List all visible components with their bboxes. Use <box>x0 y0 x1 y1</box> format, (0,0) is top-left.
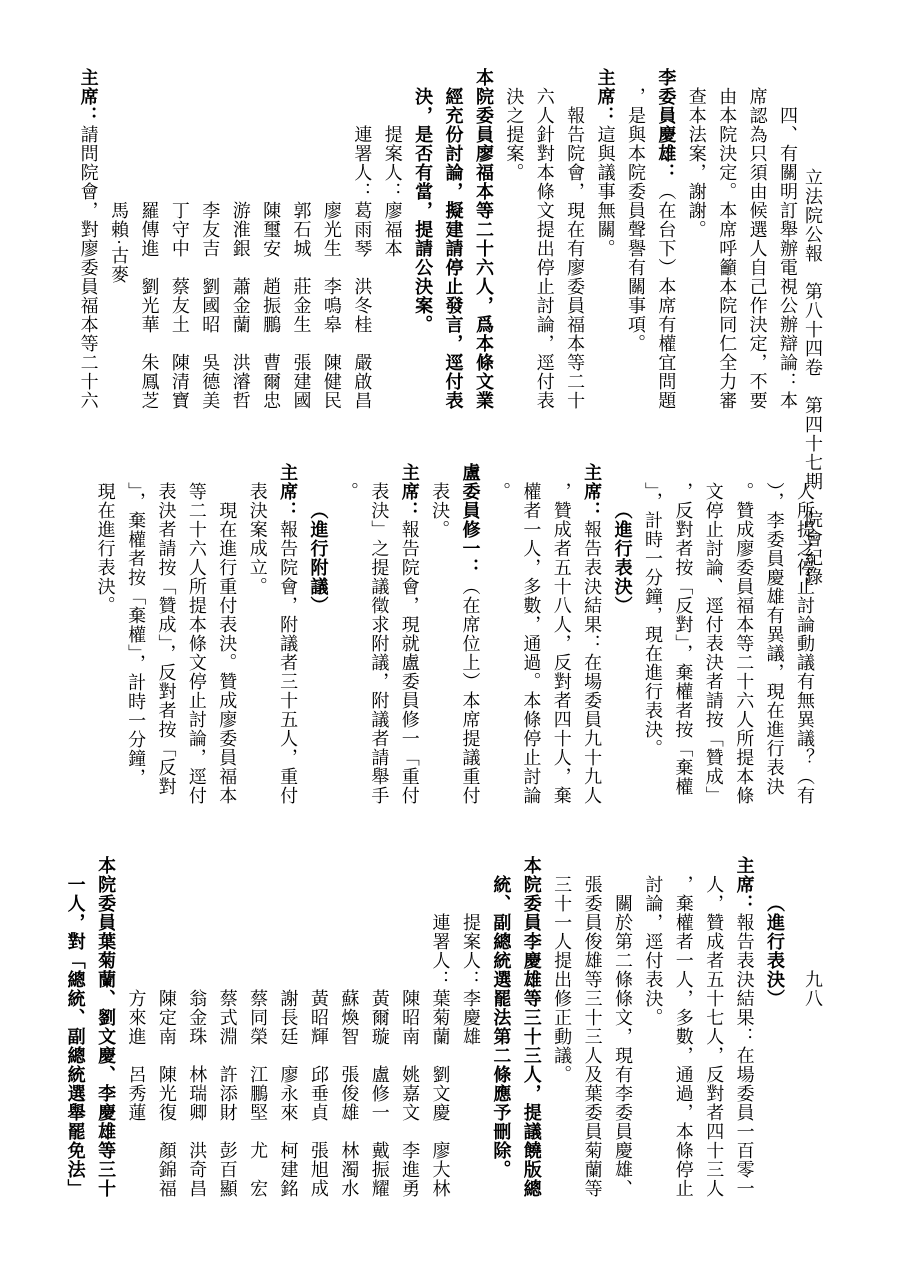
emphasis-text: 決，是否有當，提請公決案。 <box>413 87 433 334</box>
text-run: 謝長廷 廖永來 柯建銘 <box>279 989 299 1198</box>
text-column: 由本院決定。本席呼籲本院同仁全力審 <box>712 68 742 416</box>
text-run: 陳璽安 趙振鵬 曹爾忠 <box>261 201 281 410</box>
text-column: 郭石城 莊金生 張建國 <box>286 68 316 416</box>
text-column: ），李委員慶雄有異議，現在進行表決 <box>759 463 789 811</box>
text-run: 六人針對本條文提出停止討論，逕付表 <box>535 87 555 410</box>
text-column: 陳昭南 姚嘉文 李進勇 <box>395 856 425 1204</box>
text-run: 。 <box>339 482 359 501</box>
tier-top: 四、有關明訂舉辦電視公辦辯論：本席認為只須由候選人自己作決定，不要由本院決定。本… <box>73 68 803 416</box>
text-run: 」，棄權者按「棄權」，計時一分鐘， <box>126 482 146 787</box>
text-column: 主席：報告表決結果：在場委員一百零一 <box>729 856 759 1204</box>
text-column: 主席：請問院會，對廖委員福本等二十六 <box>73 68 103 416</box>
text-run: 提案人：廖福本 <box>383 125 403 258</box>
text-run: 報告院會，現就盧委員修一「重付 <box>400 520 420 805</box>
text-column: 表決。 <box>425 463 455 811</box>
text-run: 人，贊成者五十七人，反對者四十三人 <box>704 875 724 1198</box>
text-run: 丁守中 蔡友土 陳清寶 <box>170 201 190 410</box>
text-run: 人所提之停止討論動議有無異議？（有 <box>795 482 815 805</box>
emphasis-text: 本院委員李慶雄等三十三人，提議饒版總 <box>522 856 542 1198</box>
text-column: 陳定南 陳光復 顏錦福 <box>151 856 181 1204</box>
text-column: （進行附議） <box>303 463 333 811</box>
text-column: 。 <box>334 463 364 811</box>
text-column: 現在進行表決。 <box>90 463 120 811</box>
text-run: 陳昭南 姚嘉文 李進勇 <box>400 989 420 1198</box>
emphasis-text: 主席： <box>596 68 616 125</box>
emphasis-text: 主席： <box>79 68 99 125</box>
text-run: 游淮銀 蕭金蘭 洪濬哲 <box>231 201 251 410</box>
text-column: 主席：報告院會，現就盧委員修一「重付 <box>394 463 424 811</box>
text-column: 經充份討論，擬建請停止發言，逕付表 <box>438 68 468 416</box>
text-run: 連署人：葛雨琴 洪冬桂 嚴啟昌 <box>352 125 372 410</box>
text-column: 盧委員修一：（在席位上）本席提議重付 <box>455 463 485 811</box>
text-column: 」，棄權者按「棄權」，計時一分鐘， <box>121 463 151 811</box>
text-run: ，贊成者五十八人，反對者四十人，棄 <box>552 482 572 805</box>
text-run: 提案人：李慶雄 <box>461 913 481 1046</box>
text-run: 李友吉 劉國昭 吳德美 <box>200 201 220 410</box>
emphasis-text: 一人，對「總統、副總統選舉罷免法」 <box>66 875 86 1198</box>
text-run: 報告院會，附議者三十五人，重付 <box>278 520 298 805</box>
text-column: ，棄權者一人，多數，通過，本條停止 <box>668 856 698 1204</box>
text-column: 李友吉 劉國昭 吳德美 <box>195 68 225 416</box>
text-column: 張委員俊雄等三十三人及葉委員菊蘭等 <box>577 856 607 1204</box>
text-run: 決之提案。 <box>504 87 524 182</box>
emphasis-text: 主席： <box>400 463 420 520</box>
emphasis-text: 主席： <box>582 463 602 520</box>
text-run: 」，計時一分鐘，現在進行表決。 <box>643 482 663 758</box>
text-run: 等二十六人所提本條文停止討論，逕付 <box>187 482 207 805</box>
emphasis-text: 統、副總統選罷法第二條應予刪除。 <box>491 875 511 1179</box>
text-run: 報告表決結果：在場委員九十九人 <box>582 520 602 805</box>
text-column: 六人針對本條文提出停止討論，逕付表 <box>529 68 559 416</box>
text-column: 謝長廷 廖永來 柯建銘 <box>273 856 303 1204</box>
text-run: 查本法案，謝謝。 <box>687 87 707 239</box>
text-run: 權者一人，多數，通過。本條停止討論 <box>521 482 541 805</box>
emphasis-text: 主席： <box>735 856 755 913</box>
text-column: （進行表決） <box>760 856 790 1204</box>
text-run: 張委員俊雄等三十三人及葉委員菊蘭等 <box>583 875 603 1198</box>
text-run: ），李委員慶雄有異議，現在進行表決 <box>765 482 785 796</box>
text-column: 馬賴·古麥 <box>104 68 134 416</box>
text-column: 權者一人，多數，通過。本條停止討論 <box>516 463 546 811</box>
text-column: 廖光生 李鳴皋 陳健民 <box>317 68 347 416</box>
emphasis-text: 李委員慶雄： <box>656 68 676 182</box>
text-column: 本院委員廖福本等二十六人，爲本條文業 <box>469 68 499 416</box>
text-column: 報告院會，現在有廖委員福本等二十 <box>560 68 590 416</box>
text-column: 連署人：葛雨琴 洪冬桂 嚴啟昌 <box>347 68 377 416</box>
text-run: 蘇煥智 張俊雄 林濁水 <box>339 989 359 1198</box>
text-column: 翁金珠 林瑞卿 洪奇昌 <box>182 856 212 1204</box>
text-run: 三十一人提出修正動議。 <box>552 875 572 1084</box>
text-column: 表決」之提議徵求附議，附議者請舉手 <box>364 463 394 811</box>
page-number: 九八 <box>798 970 828 1030</box>
text-column: 連署人：葉菊蘭 劉文慶 廖大林 <box>425 856 455 1204</box>
emphasis-text: （進行附議） <box>309 501 329 615</box>
text-column: 游淮銀 蕭金蘭 洪濬哲 <box>225 68 255 416</box>
text-run: 報告表決結果：在場委員一百零一 <box>735 913 755 1198</box>
text-column: 羅傳進 劉光華 朱鳳芝 <box>134 68 164 416</box>
text-column: 決，是否有當，提請公決案。 <box>408 68 438 416</box>
text-column: ，贊成者五十八人，反對者四十人，棄 <box>546 463 576 811</box>
text-column: 決之提案。 <box>499 68 529 416</box>
text-run: （在台下）本席有權宜問題 <box>656 182 676 410</box>
text-column: 黃爾璇 盧修一 戴振耀 <box>364 856 394 1204</box>
text-column: 三十一人提出修正動議。 <box>547 856 577 1204</box>
text-run: 方來進 呂秀蓮 <box>126 989 146 1122</box>
text-column: 。贊成廖委員福本等二十六人所提本條 <box>729 463 759 811</box>
text-run: 蔡式淵 許添財 彭百顯 <box>218 989 238 1198</box>
text-column: 關於第二條條文，現有李委員慶雄、 <box>608 856 638 1204</box>
text-column: 陳璽安 趙振鵬 曹爾忠 <box>256 68 286 416</box>
text-column: 提案人：李慶雄 <box>456 856 486 1204</box>
gazette-page: 立法院公報 第八十四卷 第四十七期 院會紀錄 九八 四、有關明訂舉辦電視公辦辯論… <box>0 0 908 1280</box>
text-run: 表決者請按「贊成」，反對者按「反對 <box>156 482 176 796</box>
text-column: 四、有關明訂舉辦電視公辦辯論：本 <box>773 68 803 416</box>
text-column: 李委員慶雄：（在台下）本席有權宜問題 <box>651 68 681 416</box>
text-run: 。贊成廖委員福本等二十六人所提本條 <box>734 482 754 805</box>
text-run: 黃爾璇 盧修一 戴振耀 <box>370 989 390 1198</box>
text-column: 提案人：廖福本 <box>377 68 407 416</box>
text-column: 本院委員葉菊蘭、劉文慶、李慶雄等三十 <box>91 856 121 1204</box>
text-run: ，反對者按「反對」，棄權者按「棄權 <box>673 482 693 796</box>
text-column: 主席：報告院會，附議者三十五人，重付 <box>273 463 303 811</box>
text-column: 文停止討論、逕付表決者請按「贊成」 <box>698 463 728 811</box>
text-run: 馬賴·古麥 <box>109 201 129 284</box>
emphasis-text: 盧委員修一： <box>461 463 481 577</box>
text-column: 統、副總統選罷法第二條應予刪除。 <box>486 856 516 1204</box>
text-run: （在席位上）本席提議重付 <box>461 577 481 805</box>
text-column: 討論，逕付表決。 <box>638 856 668 1204</box>
text-column: 。 <box>486 463 516 811</box>
text-run: 由本院決定。本席呼籲本院同仁全力審 <box>717 87 737 410</box>
text-column: 現在進行重付表決。贊成廖委員福本 <box>212 463 242 811</box>
emphasis-text: （進行表決） <box>765 894 785 1008</box>
text-column: 查本法案，謝謝。 <box>681 68 711 416</box>
text-run: 蔡同榮 江鵬堅 尤 宏 <box>248 989 268 1198</box>
text-column: 表決者請按「贊成」，反對者按「反對 <box>151 463 181 811</box>
text-column: 人，贊成者五十七人，反對者四十三人 <box>699 856 729 1204</box>
text-run: 表決案成立。 <box>248 482 268 596</box>
emphasis-text: 本院委員廖福本等二十六人，爲本條文業 <box>474 68 494 410</box>
text-column: 蘇煥智 張俊雄 林濁水 <box>334 856 364 1204</box>
text-run: 請問院會，對廖委員福本等二十六 <box>79 125 99 410</box>
text-run: 廖光生 李鳴皋 陳健民 <box>322 201 342 410</box>
text-column: 」，計時一分鐘，現在進行表決。 <box>638 463 668 811</box>
text-run: 文停止討論、逕付表決者請按「贊成」 <box>704 482 724 805</box>
text-run: 席認為只須由候選人自己作決定，不要 <box>748 87 768 410</box>
text-run: 黃昭輝 邱垂貞 張旭成 <box>309 989 329 1198</box>
emphasis-text: 經充份討論，擬建請停止發言，逕付表 <box>444 87 464 410</box>
text-run: 連署人：葉菊蘭 劉文慶 廖大林 <box>431 913 451 1198</box>
text-run: 討論，逕付表決。 <box>643 875 663 1027</box>
text-column: 黃昭輝 邱垂貞 張旭成 <box>304 856 334 1204</box>
text-column: ，反對者按「反對」，棄權者按「棄權 <box>668 463 698 811</box>
tier-bottom: （進行表決）主席：報告表決結果：在場委員一百零一人，贊成者五十七人，反對者四十三… <box>60 856 790 1204</box>
tier-middle: 人所提之停止討論動議有無異議？（有），李委員慶雄有異議，現在進行表決。贊成廖委員… <box>90 463 820 811</box>
text-column: 一人，對「總統、副總統選舉罷免法」 <box>60 856 90 1204</box>
emphasis-text: 主席： <box>278 463 298 520</box>
text-column: 方來進 呂秀蓮 <box>121 856 151 1204</box>
text-run: 羅傳進 劉光華 朱鳳芝 <box>139 201 159 410</box>
text-run: 。 <box>491 482 511 501</box>
text-run: 四、有關明訂舉辦電視公辦辯論：本 <box>778 106 798 410</box>
text-column: ，是與本院委員聲譽有關事項。 <box>621 68 651 416</box>
text-column: 人所提之停止討論動議有無異議？（有 <box>790 463 820 811</box>
text-column: 席認為只須由候選人自己作決定，不要 <box>742 68 772 416</box>
emphasis-text: 本院委員葉菊蘭、劉文慶、李慶雄等三十 <box>96 856 116 1198</box>
text-column: 蔡式淵 許添財 彭百顯 <box>212 856 242 1204</box>
text-run: 翁金珠 林瑞卿 洪奇昌 <box>187 989 207 1198</box>
text-run: 報告院會，現在有廖委員福本等二十 <box>565 106 585 410</box>
text-run: 關於第二條條文，現有李委員慶雄、 <box>613 894 633 1198</box>
text-run: 郭石城 莊金生 張建國 <box>292 201 312 410</box>
text-column: 蔡同榮 江鵬堅 尤 宏 <box>243 856 273 1204</box>
text-run: 現在進行表決。 <box>96 482 116 615</box>
text-column: 表決案成立。 <box>242 463 272 811</box>
text-run: ，棄權者一人，多數，通過，本條停止 <box>674 875 694 1198</box>
text-column: 本院委員李慶雄等三十三人，提議饒版總 <box>516 856 546 1204</box>
text-column: 主席：報告表決結果：在場委員九十九人 <box>577 463 607 811</box>
text-run: 表決。 <box>430 482 450 539</box>
text-column: 丁守中 蔡友土 陳清寶 <box>164 68 194 416</box>
text-run: 現在進行重付表決。贊成廖委員福本 <box>217 501 237 805</box>
text-run: 陳定南 陳光復 顏錦福 <box>157 989 177 1198</box>
text-run: 這與議事無關。 <box>596 125 616 258</box>
text-run: 表決」之提議徵求附議，附議者請舉手 <box>369 482 389 805</box>
text-run: ，是與本院委員聲譽有關事項。 <box>626 87 646 353</box>
emphasis-text: （進行表決） <box>613 501 633 615</box>
text-column: （進行表決） <box>607 463 637 811</box>
text-column: 等二十六人所提本條文停止討論，逕付 <box>181 463 211 811</box>
text-column: 主席：這與議事無關。 <box>590 68 620 416</box>
